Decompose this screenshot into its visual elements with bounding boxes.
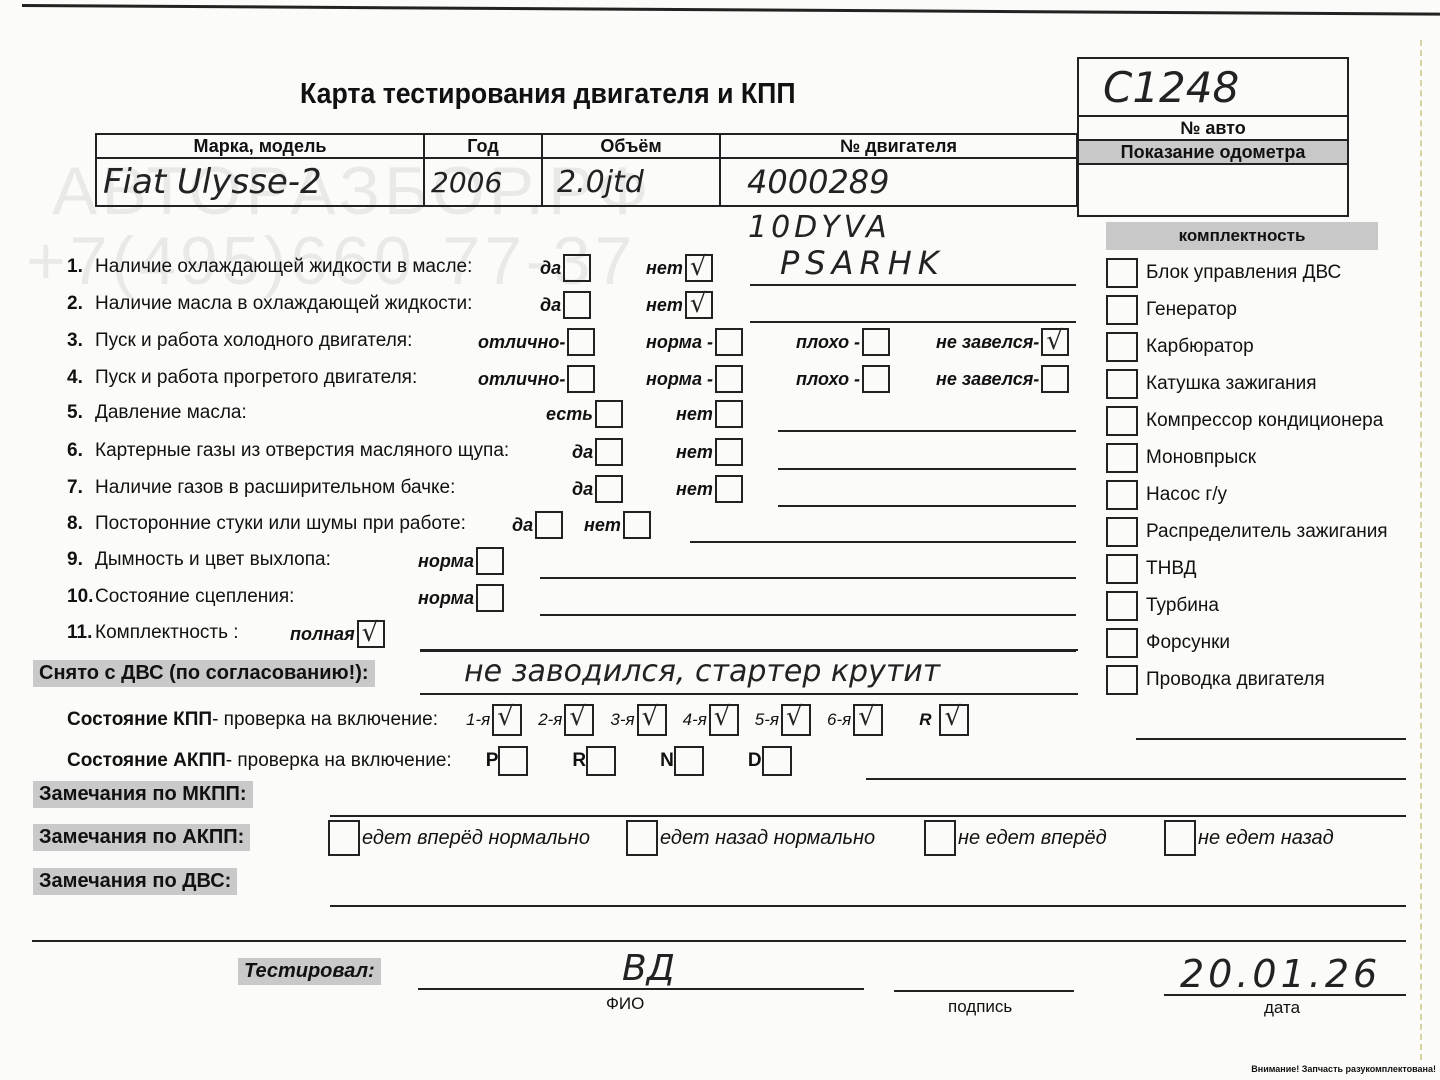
check-option: нет [676,475,743,503]
remarks-akpp-options: едет вперёд нормальноедет назад нормальн… [328,820,1404,856]
check-option: нет [584,511,651,539]
kit-item-label: Генератор [1146,299,1237,321]
value-engine-no[interactable]: 4000289 [720,158,1077,206]
check-label: Наличие охлаждающей жидкости в масле: [95,256,472,278]
checkbox-checked[interactable] [939,704,969,736]
checkbox[interactable] [567,328,595,356]
kit-item[interactable]: Компрессор кондиционера [1106,406,1383,436]
odometer-value[interactable] [1078,164,1348,216]
option-label: отлично- [478,332,565,353]
value-make-model[interactable]: Fiat Ulysse-2 [96,158,424,206]
check-option: норма - [646,365,743,393]
checkbox[interactable] [476,547,504,575]
option-label: нет [676,404,713,425]
kit-item-label: Проводка двигателя [1146,669,1325,691]
checkbox[interactable] [1106,258,1138,288]
option-label: да [572,442,593,463]
check-option: да [540,291,591,319]
check-row: 7.Наличие газов в расширительном бачке: [67,477,455,499]
option-label: нет [646,258,683,279]
kit-item-label: Турбина [1146,595,1219,617]
checkbox-checked[interactable] [685,254,713,282]
date-value[interactable]: 20.01.26 [1180,952,1381,996]
checkbox-checked[interactable] [492,704,522,736]
checkbox[interactable] [595,438,623,466]
checkbox[interactable] [1106,591,1138,621]
checkbox[interactable] [1106,369,1138,399]
notes-line[interactable] [690,541,1076,543]
checkbox[interactable] [862,328,890,356]
checkbox[interactable] [563,291,591,319]
signature-line[interactable] [894,990,1074,992]
checkbox-checked[interactable] [564,704,594,736]
akpp-remark-option: едет назад нормально [626,820,924,856]
option-label: отлично- [478,369,565,390]
notes-line[interactable] [750,321,1076,323]
check-option: нет [676,438,743,466]
kit-item[interactable]: Генератор [1106,295,1237,325]
check-number: 7. [67,477,95,499]
separator-line [32,940,1406,942]
check-label: Давление масла: [95,402,247,424]
gear-label: R [919,710,931,730]
checkbox[interactable] [1106,517,1138,547]
akpp-modes: PRND [486,746,836,776]
checkbox-checked[interactable] [709,704,739,736]
option-label: есть [546,404,593,425]
checkbox[interactable] [535,511,563,539]
check-label: Пуск и работа холодного двигателя: [95,330,412,352]
checkbox[interactable] [498,746,528,776]
kit-item-label: ТНВД [1146,558,1196,580]
option-label: едет назад нормально [660,827,875,850]
checkbox-checked[interactable] [357,620,385,648]
gear-label: 5-я [755,710,779,730]
remarks-akpp-label: Замечания по АКПП: [33,824,250,851]
kit-item[interactable]: Катушка зажигания [1106,369,1317,399]
header-engine-no: № двигателя [720,134,1077,158]
notes-line[interactable] [540,614,1076,616]
kpp-row: Состояние КПП - проверка на включение: 1… [67,704,985,736]
car-number-box: C1248 № авто Показание одометра [1077,57,1349,217]
kit-item-label: Катушка зажигания [1146,373,1317,395]
kpp-gear: 2-я [538,704,594,736]
check-row: 6.Картерные газы из отверстия масляного … [67,440,509,462]
checkbox[interactable] [715,365,743,393]
checkbox[interactable] [762,746,792,776]
tested-by-label: Тестировал: [238,958,381,985]
kpp-gear: R [899,704,969,736]
notes-line[interactable] [778,505,1076,507]
notes-line[interactable] [778,430,1076,432]
check-option: плохо - [796,365,890,393]
kit-item[interactable]: ТНВД [1106,554,1196,584]
checkbox[interactable] [476,584,504,612]
check-option: нет [646,291,713,319]
check-row: 2.Наличие масла в охлаждающей жидкости: [67,293,472,315]
header-volume: Объём [542,134,720,158]
remarks-mkpp-label: Замечания по МКПП: [33,781,253,808]
value-volume[interactable]: 2.0jtd [542,158,720,206]
check-row: 11.Комплектность : [67,622,239,644]
removed-line [420,693,1078,695]
check-row: 8.Посторонние стуки или шумы при работе: [67,513,466,535]
option-label: плохо - [796,369,860,390]
perforation-edge [1420,40,1422,1060]
remarks-dvs-label: Замечания по ДВС: [33,868,237,895]
gear-label: 6-я [827,710,851,730]
check-row: 5.Давление масла: [67,402,247,424]
checkbox[interactable] [595,475,623,503]
option-label: нет [676,479,713,500]
check-number: 8. [67,513,95,535]
check-label: Наличие газов в расширительном бачке: [95,477,455,499]
notes-line[interactable] [750,284,1076,286]
kpp-gear: 6-я [827,704,883,736]
gear-label: 3-я [610,710,634,730]
checkbox[interactable] [924,820,956,856]
option-label: норма - [646,369,713,390]
check-number: 11. [67,622,95,644]
check-row: 3.Пуск и работа холодного двигателя: [67,330,412,352]
check-number: 2. [67,293,95,315]
engine-code-1: 10DYVA [748,210,891,245]
checkbox[interactable] [626,820,658,856]
check-option: плохо - [796,328,890,356]
remarks-dvs-line[interactable] [330,905,1406,907]
checkbox-checked[interactable] [853,704,883,736]
check-row: 4.Пуск и работа прогретого двигателя: [67,367,417,389]
engine-code-2: PSARHK [780,244,945,282]
removed-label: Снято с ДВС (по согласованию!): [33,660,375,687]
kit-item-label: Блок управления ДВС [1146,262,1341,284]
checkbox-checked[interactable] [637,704,667,736]
check-number: 3. [67,330,95,352]
kit-item[interactable]: Блок управления ДВС [1106,258,1341,288]
option-label: да [512,515,533,536]
notes-line[interactable] [778,468,1076,470]
checkbox[interactable] [715,475,743,503]
mode-label: R [572,750,586,772]
option-label: не едет назад [1198,827,1334,850]
kit-item[interactable]: Распределитель зажигания [1106,517,1388,547]
kit-item[interactable]: Проводка двигателя [1106,665,1325,695]
check-row: 1.Наличие охлаждающей жидкости в масле: [67,256,472,278]
option-label: да [572,479,593,500]
kit-header: комплектность [1106,222,1378,250]
check-option: есть [546,400,623,428]
option-label: нет [646,295,683,316]
check-number: 10. [67,586,95,608]
warning-note: Внимание! Запчасть разукомплектована! [1251,1064,1436,1074]
check-label: Картерные газы из отверстия масляного щу… [95,440,509,462]
check-option: да [540,254,591,282]
car-number-label: № авто [1078,116,1348,140]
mode-label: N [660,750,674,772]
checkbox[interactable] [1106,295,1138,325]
kit-item[interactable]: Форсунки [1106,628,1230,658]
check-option: нет [646,254,713,282]
check-label: Состояние сцепления: [95,586,294,608]
top-border [22,4,1440,16]
kit-item-label: Форсунки [1146,632,1230,654]
kit-item-label: Компрессор кондиционера [1146,410,1383,432]
checkbox[interactable] [328,820,360,856]
mode-label: P [486,750,499,772]
akpp-mode: N [660,746,704,776]
checkbox[interactable] [623,511,651,539]
akpp-mode: P [486,746,529,776]
check-option: не завелся- [936,328,1069,356]
checkbox[interactable] [586,746,616,776]
akpp-mode: D [748,746,792,776]
option-label: норма - [646,332,713,353]
akpp-line [866,778,1406,780]
check-label: Наличие масла в охлаждающей жидкости: [95,293,472,315]
check-number: 6. [67,440,95,462]
checkbox[interactable] [1106,554,1138,584]
check-number: 4. [67,367,95,389]
check-option: норма - [646,328,743,356]
check-label: Комплектность : [95,622,239,644]
checkbox[interactable] [595,400,623,428]
checkbox[interactable] [1106,406,1138,436]
gear-label: 1-я [466,710,490,730]
kpp-label-rest: - проверка на включение: [212,709,438,731]
car-number-value: C1248 [1079,63,1347,112]
option-label: полная [290,624,355,645]
mode-label: D [748,750,762,772]
date-line [1164,994,1406,996]
option-label: нет [584,515,621,536]
check-option: да [572,438,623,466]
check-option: отлично- [478,328,595,356]
check-number: 5. [67,402,95,424]
option-label: едет вперёд нормально [362,827,590,850]
check-number: 1. [67,256,95,278]
checkbox[interactable] [715,400,743,428]
notes-line[interactable] [540,577,1076,579]
check-label: Посторонние стуки или шумы при работе: [95,513,466,535]
checkbox-checked[interactable] [1041,328,1069,356]
akpp-remark-option: не едет вперёд [924,820,1164,856]
checkbox[interactable] [1041,365,1069,393]
checkbox[interactable] [715,438,743,466]
checkbox[interactable] [674,746,704,776]
kit-item[interactable]: Насос г/у [1106,480,1227,510]
akpp-mode: R [572,746,616,776]
check-option: нет [676,400,743,428]
check-option: отлично- [478,365,595,393]
check-row: 9.Дымность и цвет выхлопа: [67,549,331,571]
option-label: не завелся- [936,369,1039,390]
kit-item[interactable]: Моновпрыск [1106,443,1256,473]
check-label: Пуск и работа прогретого двигателя: [95,367,417,389]
kit-item[interactable]: Турбина [1106,591,1219,621]
checkbox-checked[interactable] [781,704,811,736]
kpp-gear: 3-я [610,704,666,736]
name-caption: ФИО [606,994,644,1014]
checkbox[interactable] [1164,820,1196,856]
option-label: не едет вперёд [958,827,1107,850]
vehicle-info-table: Марка, модель Год Объём № двигателя Fiat… [95,133,1078,207]
kpp-gear: 1-я [466,704,522,736]
kit-item-label: Насос г/у [1146,484,1227,506]
kpp-gear: 4-я [683,704,739,736]
removed-line-top [420,649,1078,651]
check-option: да [512,511,563,539]
option-label: да [540,295,561,316]
kpp-gears: 1-я2-я3-я4-я5-я6-яR [466,704,986,736]
check-number: 9. [67,549,95,571]
checkbox[interactable] [567,365,595,393]
header-make-model: Марка, модель [96,134,424,158]
checkbox[interactable] [1106,665,1138,695]
option-label: норма [418,588,474,609]
check-option: норма [418,547,504,575]
checkbox[interactable] [715,328,743,356]
date-caption: дата [1264,998,1300,1018]
kit-item-label: Моновпрыск [1146,447,1256,469]
page-title: Карта тестирования двигателя и КПП [300,78,796,111]
option-label: нет [676,442,713,463]
checkbox[interactable] [862,365,890,393]
kit-item[interactable]: Карбюратор [1106,332,1254,362]
tester-name[interactable]: ВД [622,948,675,989]
akpp-label-rest: - проверка на включение: [226,750,452,772]
checkbox-checked[interactable] [685,291,713,319]
check-option: не завелся- [936,365,1069,393]
akpp-remark-option: едет вперёд нормально [328,820,626,856]
option-label: да [540,258,561,279]
option-label: плохо - [796,332,860,353]
checkbox[interactable] [1106,332,1138,362]
akpp-label: Состояние АКПП [67,750,226,772]
name-line [418,988,864,990]
checkbox[interactable] [1106,480,1138,510]
akpp-row: Состояние АКПП - проверка на включение: … [67,746,836,776]
kpp-label: Состояние КПП [67,709,212,731]
gear-label: 4-я [683,710,707,730]
kit-item-label: Распределитель зажигания [1146,521,1388,543]
gear-label: 2-я [538,710,562,730]
option-label: не завелся- [936,332,1039,353]
checkbox[interactable] [563,254,591,282]
option-label: норма [418,551,474,572]
checkbox[interactable] [1106,443,1138,473]
odometer-label: Показание одометра [1078,140,1348,164]
check-option: да [572,475,623,503]
kpp-gear: 5-я [755,704,811,736]
check-row: 10.Состояние сцепления: [67,586,294,608]
check-label: Дымность и цвет выхлопа: [95,549,331,571]
checkbox[interactable] [1106,628,1138,658]
check-option: норма [418,584,504,612]
check-option: полная [290,620,385,648]
removed-value[interactable]: не заводился, стартер крутит [464,654,940,689]
value-year[interactable]: 2006 [424,158,542,206]
remarks-mkpp-line[interactable] [330,815,1406,817]
header-year: Год [424,134,542,158]
signature-caption: подпись [948,997,1012,1017]
kpp-line [1136,738,1406,740]
akpp-remark-option: не едет назад [1164,820,1404,856]
kit-item-label: Карбюратор [1146,336,1254,358]
